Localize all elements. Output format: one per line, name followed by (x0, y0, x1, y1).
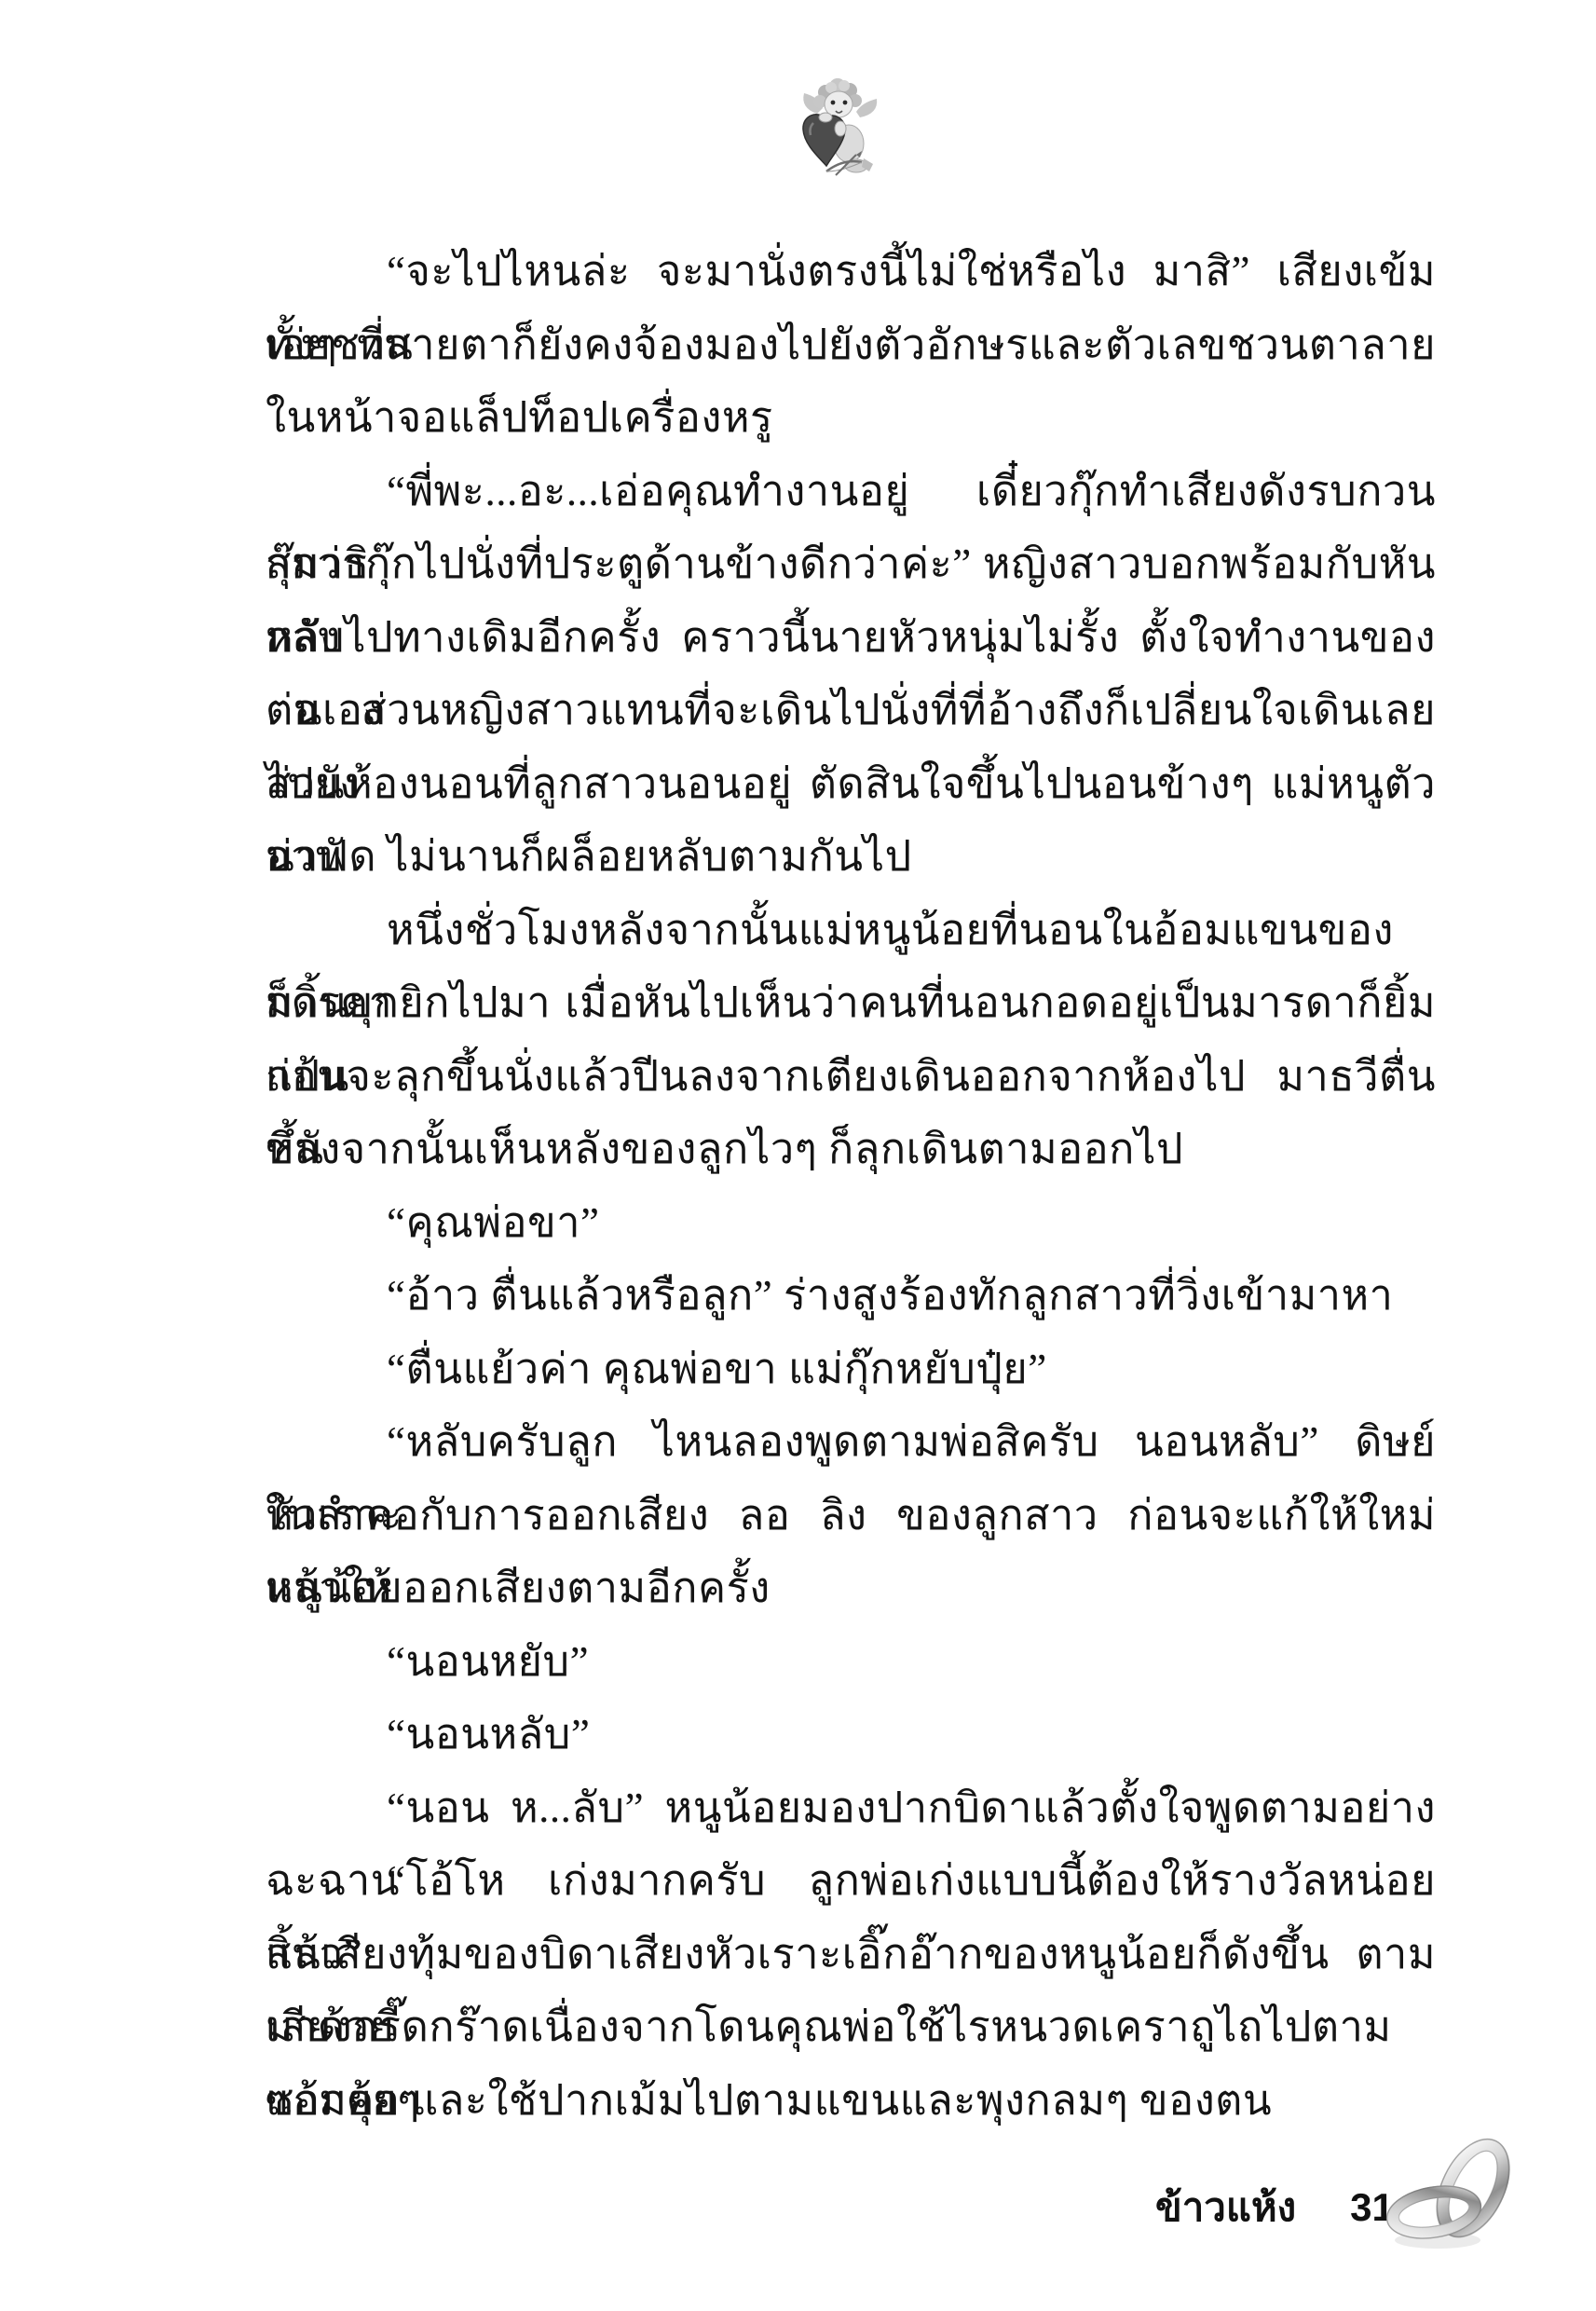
text-line: น่าฟัด ไม่นานก็ผล็อยหลับตามกันไป (266, 820, 1436, 894)
text-line: หนูน้อยออกเสียงตามอีกครั้ง (266, 1552, 1436, 1625)
wedding-rings-icon (1382, 2136, 1531, 2262)
text-line: กุ๊กว่ากุ๊กไปนั่งที่ประตูด้านข้างดีกว่าค… (266, 527, 1436, 601)
text-line: กลับไปทางเดิมอีกครั้ง คราวนี้นายหัวหนุ่ม… (266, 601, 1436, 675)
text-line: “ตื่นแย้วค่า คุณพ่อขา แม่กุ๊กหยับปุ๋ย” (266, 1333, 1436, 1406)
text-line: “จะไปไหนล่ะ จะมานั่งตรงนี้ไม่ใช่หรือไง ม… (266, 235, 1436, 308)
cupid-heart-icon (795, 76, 884, 185)
text-line: “พี่พะ...อะ...เอ่อคุณทำงานอยู่ เดี๋ยวกุ๊… (266, 455, 1436, 528)
text-line: “หลับครับลูก ไหนลองพูดตามพ่อสิครับ นอนหล… (266, 1405, 1436, 1479)
text-line: ก็ดิ้นยุกยิกไปมา เมื่อหันไปเห็นว่าคนที่น… (266, 966, 1436, 1040)
text-line: ซอกคอ และใช้ปากเม้มไปตามแขนและพุงกลมๆ ขอ… (266, 2064, 1436, 2138)
text-line: “คุณพ่อขา” (266, 1186, 1436, 1260)
running-title: ข้าวแห้ง (1155, 2177, 1296, 2238)
text-line: “นอนหลับ” (266, 1698, 1436, 1771)
page-footer: ข้าวแห้ง 31 (0, 2171, 1596, 2292)
text-line: ต่อ ส่วนหญิงสาวแทนที่จะเดินไปนั่งที่ที่อ… (266, 674, 1436, 747)
text-line: “อ้าว ตื่นแล้วหรือลูก” ร่างสูงร้องทักลูก… (266, 1259, 1436, 1333)
text-line: ทั้งๆ ที่สายตาก็ยังคงจ้องมองไปยังตัวอักษ… (266, 308, 1436, 382)
text-line: “โอ้โห เก่งมากครับ ลูกพ่อเก่งแบบนี้ต้องใ… (266, 1844, 1436, 1918)
text-line: “นอน ห...ลับ” หนูน้อยมองปากบิดาแล้วตั้งใ… (266, 1771, 1436, 1845)
text-line: เสียงกรี๊ดกร๊าดเนื่องจากโดนคุณพ่อใช้ไรหน… (266, 1990, 1436, 2064)
text-line: หนึ่งชั่วโมงหลังจากนั้นแม่หนูน้อยที่นอนใ… (266, 894, 1436, 967)
text-line: ก่อนจะลุกขึ้นนั่งแล้วปีนลงจากเตียงเดินออ… (266, 1040, 1436, 1114)
text-line: หลังจากนั้นเห็นหลังของลูกไวๆ ก็ลุกเดินตา… (266, 1113, 1436, 1186)
text-line: ส่วนห้องนอนที่ลูกสาวนอนอยู่ ตัดสินใจขึ้น… (266, 747, 1436, 821)
book-page: “จะไปไหนล่ะ จะมานั่งตรงนี้ไม่ใช่หรือไง ม… (0, 0, 1596, 2311)
text-line: “นอนหยับ” (266, 1625, 1436, 1699)
text-line: ในหน้าจอแล็ปท็อปเครื่องหรู (266, 381, 1436, 455)
text-line: ในลำคอกับการออกเสียง ลอ ลิง ของลูกสาว ก่… (266, 1479, 1436, 1552)
text-line: สิ้นเสียงทุ้มของบิดาเสียงหัวเราะเอิ๊กอ๊า… (266, 1918, 1436, 1991)
body-text: “จะไปไหนล่ะ จะมานั่งตรงนี้ไม่ใช่หรือไง ม… (266, 235, 1436, 2137)
